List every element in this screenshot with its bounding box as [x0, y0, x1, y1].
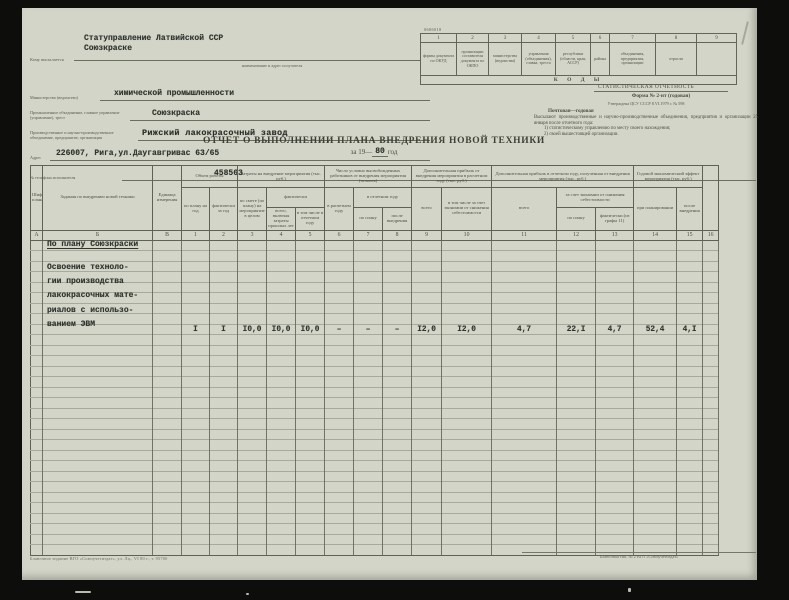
header-vol-fact: фактически за год	[210, 188, 238, 231]
body-cell	[634, 272, 677, 283]
body-cell	[296, 303, 325, 314]
body-cell	[354, 261, 383, 272]
body-cell	[596, 345, 634, 356]
body-cell	[210, 471, 238, 482]
body-cell	[267, 482, 296, 493]
body-cell	[354, 314, 383, 325]
body-cell	[267, 314, 296, 325]
body-cell	[296, 461, 325, 472]
body-cell	[182, 282, 210, 293]
body-cell	[267, 492, 296, 503]
body-cell	[412, 524, 442, 535]
body-cell	[412, 419, 442, 430]
header-effect-after: после внедрения	[677, 188, 703, 231]
body-cell	[153, 377, 182, 388]
body-cell	[383, 261, 412, 272]
body-cell	[634, 303, 677, 314]
body-cell	[383, 503, 412, 514]
body-cell	[412, 293, 442, 304]
body-cell	[238, 545, 267, 556]
body-cell	[43, 377, 153, 388]
body-cell	[492, 356, 557, 367]
task-lines: Освоение техноло- гии производства лакок…	[47, 261, 159, 332]
body-cell	[238, 345, 267, 356]
body-cell	[596, 356, 634, 367]
body-cell	[267, 335, 296, 346]
body-cell	[412, 387, 442, 398]
codes-number-row: 123456789	[421, 34, 737, 43]
body-cell	[442, 513, 492, 524]
scan-speck	[628, 588, 631, 592]
body-cell	[383, 419, 412, 430]
body-cell	[492, 272, 557, 283]
body-cell	[634, 513, 677, 524]
body-cell	[267, 534, 296, 545]
body-cell	[383, 251, 412, 262]
task-heading: По плану Союзкраски	[47, 240, 159, 249]
body-cell	[296, 503, 325, 514]
body-cell	[492, 429, 557, 440]
addressee-fill-line	[74, 60, 420, 61]
body-cell	[43, 345, 153, 356]
body-cell	[182, 513, 210, 524]
body-cell	[383, 377, 412, 388]
body-cell	[238, 482, 267, 493]
body-cell	[210, 419, 238, 430]
header-workers-calc: в расчетном году	[325, 188, 354, 231]
task-line: Освоение техноло-	[47, 261, 159, 275]
body-cell	[442, 345, 492, 356]
body-cell	[442, 419, 492, 430]
body-cell	[296, 366, 325, 377]
body-cell	[557, 471, 596, 482]
body-cell	[677, 503, 703, 514]
body-cell	[383, 345, 412, 356]
body-cell	[383, 440, 412, 451]
body-cell	[557, 450, 596, 461]
body-cell	[325, 314, 354, 325]
body-cell	[296, 545, 325, 556]
column-number: В	[153, 230, 182, 240]
body-cell	[31, 324, 43, 335]
header-profit-report-plan: по плану	[557, 208, 596, 231]
body-cell	[596, 429, 634, 440]
body-cell	[354, 534, 383, 545]
header-profit-calc-cost: в том числе за счет экономии от снижения…	[442, 188, 492, 231]
body-cell	[557, 524, 596, 535]
body-cell	[153, 345, 182, 356]
body-cell	[412, 303, 442, 314]
body-cell	[557, 345, 596, 356]
body-cell	[634, 429, 677, 440]
body-cell	[238, 261, 267, 272]
body-cell	[383, 293, 412, 304]
body-cell	[383, 314, 412, 325]
body-cell	[325, 461, 354, 472]
body-cell	[412, 366, 442, 377]
body-cell	[354, 282, 383, 293]
body-cell	[354, 440, 383, 451]
body-cell	[703, 366, 719, 377]
codes-col-label: формы документа по ОКУД	[421, 43, 457, 76]
scanned-form-page: Кому высылается Статуправление Латвийско…	[22, 8, 757, 580]
body-cell	[43, 440, 153, 451]
body-cell	[703, 482, 719, 493]
column-number-row: АБВ12345678910111213141516	[31, 230, 719, 240]
body-cell	[703, 429, 719, 440]
body-cell	[31, 450, 43, 461]
body-cell	[634, 492, 677, 503]
body-cell	[383, 303, 412, 314]
codes-col-label: министерства (ведомства)	[489, 43, 522, 76]
body-cell	[210, 314, 238, 325]
header-workers-report: в отчетном году	[354, 188, 412, 208]
body-cell	[325, 240, 354, 251]
body-cell	[703, 387, 719, 398]
header-group-volume: Объем работы	[182, 166, 238, 188]
body-cell	[43, 450, 153, 461]
body-cell	[492, 366, 557, 377]
body-cell	[354, 429, 383, 440]
body-cell	[596, 282, 634, 293]
body-cell	[354, 356, 383, 367]
body-cell	[492, 482, 557, 493]
body-cell	[153, 387, 182, 398]
body-cell	[383, 408, 412, 419]
body-cell	[182, 377, 210, 388]
body-cell	[383, 471, 412, 482]
body-cell	[238, 356, 267, 367]
body-cell	[354, 345, 383, 356]
body-cell	[354, 450, 383, 461]
body-cell	[677, 408, 703, 419]
body-cell	[677, 513, 703, 524]
body-cell	[182, 534, 210, 545]
body-cell	[325, 524, 354, 535]
body-cell	[557, 261, 596, 272]
body-cell	[153, 513, 182, 524]
body-cell	[703, 293, 719, 304]
body-cell	[634, 335, 677, 346]
body-cell	[596, 387, 634, 398]
codes-col-label: организации составителя документа по ОКП…	[457, 43, 489, 76]
body-cell	[31, 261, 43, 272]
body-cell	[596, 513, 634, 524]
body-cell	[325, 387, 354, 398]
body-cell	[31, 471, 43, 482]
body-cell	[596, 398, 634, 409]
header-col-a: Шифр плана	[31, 166, 43, 231]
body-cell	[703, 419, 719, 430]
body-cell	[325, 293, 354, 304]
body-cell	[182, 440, 210, 451]
body-cell	[267, 345, 296, 356]
handwritten-page-mark	[741, 21, 748, 45]
body-cell	[354, 482, 383, 493]
body-cell	[383, 534, 412, 545]
body-cell	[182, 387, 210, 398]
body-cell	[677, 240, 703, 251]
body-cell	[325, 398, 354, 409]
column-number: 13	[596, 230, 634, 240]
body-cell	[210, 524, 238, 535]
body-cell	[182, 272, 210, 283]
body-cell	[703, 398, 719, 409]
body-cell	[677, 419, 703, 430]
body-cell	[677, 356, 703, 367]
body-cell	[634, 282, 677, 293]
body-cell	[31, 398, 43, 409]
body-cell	[267, 429, 296, 440]
body-cell	[182, 471, 210, 482]
body-cell	[31, 272, 43, 283]
value-cell: 22,I	[557, 324, 596, 335]
body-cell	[325, 282, 354, 293]
body-cell	[596, 303, 634, 314]
body-cell	[677, 314, 703, 325]
body-cell	[267, 440, 296, 451]
table-row	[31, 450, 719, 461]
body-cell	[267, 251, 296, 262]
body-cell	[182, 303, 210, 314]
header-col-b: Задания по внедрению новой техники	[43, 166, 153, 231]
body-cell	[596, 272, 634, 283]
body-cell	[31, 377, 43, 388]
body-cell	[238, 314, 267, 325]
column-number: 15	[677, 230, 703, 240]
body-cell	[442, 429, 492, 440]
body-cell	[442, 524, 492, 535]
body-cell	[354, 398, 383, 409]
body-cell	[557, 419, 596, 430]
body-cell	[412, 272, 442, 283]
body-cell	[442, 377, 492, 388]
body-cell	[703, 345, 719, 356]
body-cell	[492, 303, 557, 314]
codes-serial-number: 0606018	[424, 27, 729, 32]
body-cell	[296, 524, 325, 535]
body-cell	[267, 398, 296, 409]
body-cell	[325, 429, 354, 440]
body-cell	[677, 377, 703, 388]
body-cell	[354, 492, 383, 503]
body-cell	[412, 492, 442, 503]
body-cell	[492, 471, 557, 482]
body-cell	[703, 503, 719, 514]
scan-speck	[75, 591, 91, 593]
body-cell	[238, 366, 267, 377]
body-cell	[238, 440, 267, 451]
body-cell	[442, 366, 492, 377]
body-cell	[596, 492, 634, 503]
body-cell	[238, 293, 267, 304]
table-row	[31, 440, 719, 451]
body-cell	[153, 524, 182, 535]
body-cell	[412, 398, 442, 409]
body-cell	[634, 440, 677, 451]
body-cell	[412, 450, 442, 461]
body-cell	[677, 272, 703, 283]
body-cell	[677, 345, 703, 356]
org-label: Промышленное объединение, главное управл…	[30, 111, 130, 121]
body-cell	[383, 387, 412, 398]
body-cell	[442, 251, 492, 262]
body-cell	[442, 356, 492, 367]
body-cell	[557, 387, 596, 398]
body-cell	[296, 534, 325, 545]
body-cell	[596, 440, 634, 451]
body-cell	[634, 356, 677, 367]
body-cell	[325, 345, 354, 356]
body-cell	[557, 335, 596, 346]
body-cell	[31, 345, 43, 356]
codes-block: 0606018 123456789 формы документа по ОКУ…	[420, 27, 729, 85]
body-cell	[677, 282, 703, 293]
body-cell	[43, 408, 153, 419]
body-cell	[354, 387, 383, 398]
body-cell	[238, 471, 267, 482]
body-cell	[31, 524, 43, 535]
column-number: 5	[296, 230, 325, 240]
body-cell	[634, 377, 677, 388]
body-cell	[412, 335, 442, 346]
body-cell	[182, 419, 210, 430]
body-cell	[412, 482, 442, 493]
body-cell	[492, 282, 557, 293]
body-cell	[267, 293, 296, 304]
body-cell	[354, 419, 383, 430]
body-cell	[31, 356, 43, 367]
body-cell	[703, 251, 719, 262]
body-cell	[31, 419, 43, 430]
body-cell	[210, 450, 238, 461]
body-cell	[492, 261, 557, 272]
body-cell	[557, 282, 596, 293]
table-row	[31, 429, 719, 440]
table-row	[31, 387, 719, 398]
codes-col-number: 3	[489, 34, 522, 43]
body-cell	[703, 356, 719, 367]
body-cell	[296, 293, 325, 304]
body-cell	[153, 461, 182, 472]
body-cell	[153, 534, 182, 545]
body-cell	[703, 492, 719, 503]
body-cell	[43, 482, 153, 493]
body-cell	[296, 513, 325, 524]
body-cell	[267, 377, 296, 388]
postal-annual-label: Почтовая—годовая	[534, 108, 758, 114]
header-col-16	[703, 166, 719, 231]
body-cell	[492, 492, 557, 503]
body-cell	[596, 335, 634, 346]
body-cell	[442, 503, 492, 514]
body-cell	[703, 335, 719, 346]
column-number: 6	[325, 230, 354, 240]
body-cell	[634, 387, 677, 398]
body-cell	[492, 513, 557, 524]
body-cell	[153, 408, 182, 419]
body-cell	[557, 314, 596, 325]
body-cell	[210, 482, 238, 493]
body-cell	[677, 293, 703, 304]
body-cell	[596, 293, 634, 304]
body-cell	[492, 240, 557, 251]
table-row	[31, 398, 719, 409]
codes-col-number: 7	[610, 34, 656, 43]
codes-label-row: формы документа по ОКУДорганизации соста…	[421, 43, 737, 76]
table-row	[31, 408, 719, 419]
body-cell	[557, 398, 596, 409]
task-description: По плану Союзкраски Освоение техноло- ги…	[47, 240, 159, 332]
body-cell	[238, 240, 267, 251]
body-cell	[703, 408, 719, 419]
codes-col-number: 5	[556, 34, 591, 43]
value-cell: –	[325, 324, 354, 335]
body-cell	[383, 335, 412, 346]
body-cell	[210, 303, 238, 314]
body-cell	[596, 471, 634, 482]
body-cell	[325, 513, 354, 524]
body-cell	[296, 408, 325, 419]
body-cell	[492, 440, 557, 451]
header-cost-fact: фактически	[267, 188, 325, 208]
body-cell	[238, 303, 267, 314]
body-cell	[210, 261, 238, 272]
body-cell	[296, 429, 325, 440]
body-cell	[634, 461, 677, 472]
task-line: ванием ЭВМ	[47, 318, 159, 332]
body-cell	[634, 251, 677, 262]
body-cell	[182, 366, 210, 377]
column-number: А	[31, 230, 43, 240]
body-cell	[153, 492, 182, 503]
body-cell	[296, 492, 325, 503]
header-workers-after: после внедрения	[383, 208, 412, 231]
body-cell	[43, 419, 153, 430]
body-cell	[557, 429, 596, 440]
body-cell	[703, 471, 719, 482]
year-typed-value: 80	[372, 147, 388, 157]
body-cell	[153, 356, 182, 367]
body-cell	[31, 251, 43, 262]
body-cell	[442, 492, 492, 503]
task-line: лакокрасочных мате-	[47, 289, 159, 303]
body-cell	[43, 356, 153, 367]
body-cell	[325, 377, 354, 388]
body-cell	[182, 450, 210, 461]
body-cell	[354, 293, 383, 304]
body-cell	[296, 345, 325, 356]
table-row	[31, 461, 719, 472]
body-cell	[296, 450, 325, 461]
body-cell	[325, 534, 354, 545]
body-cell	[557, 440, 596, 451]
body-cell	[677, 398, 703, 409]
table-row	[31, 356, 719, 367]
table-row	[31, 524, 719, 535]
body-cell	[267, 240, 296, 251]
column-number: 14	[634, 230, 677, 240]
body-cell	[267, 524, 296, 535]
body-cell	[703, 440, 719, 451]
body-cell	[383, 492, 412, 503]
body-cell	[442, 387, 492, 398]
body-cell	[412, 356, 442, 367]
body-cell	[492, 251, 557, 262]
body-cell	[412, 534, 442, 545]
header-profit-report-fact: фактически (из графы 11)	[596, 208, 634, 231]
org-value: химической промышленности	[114, 89, 234, 98]
